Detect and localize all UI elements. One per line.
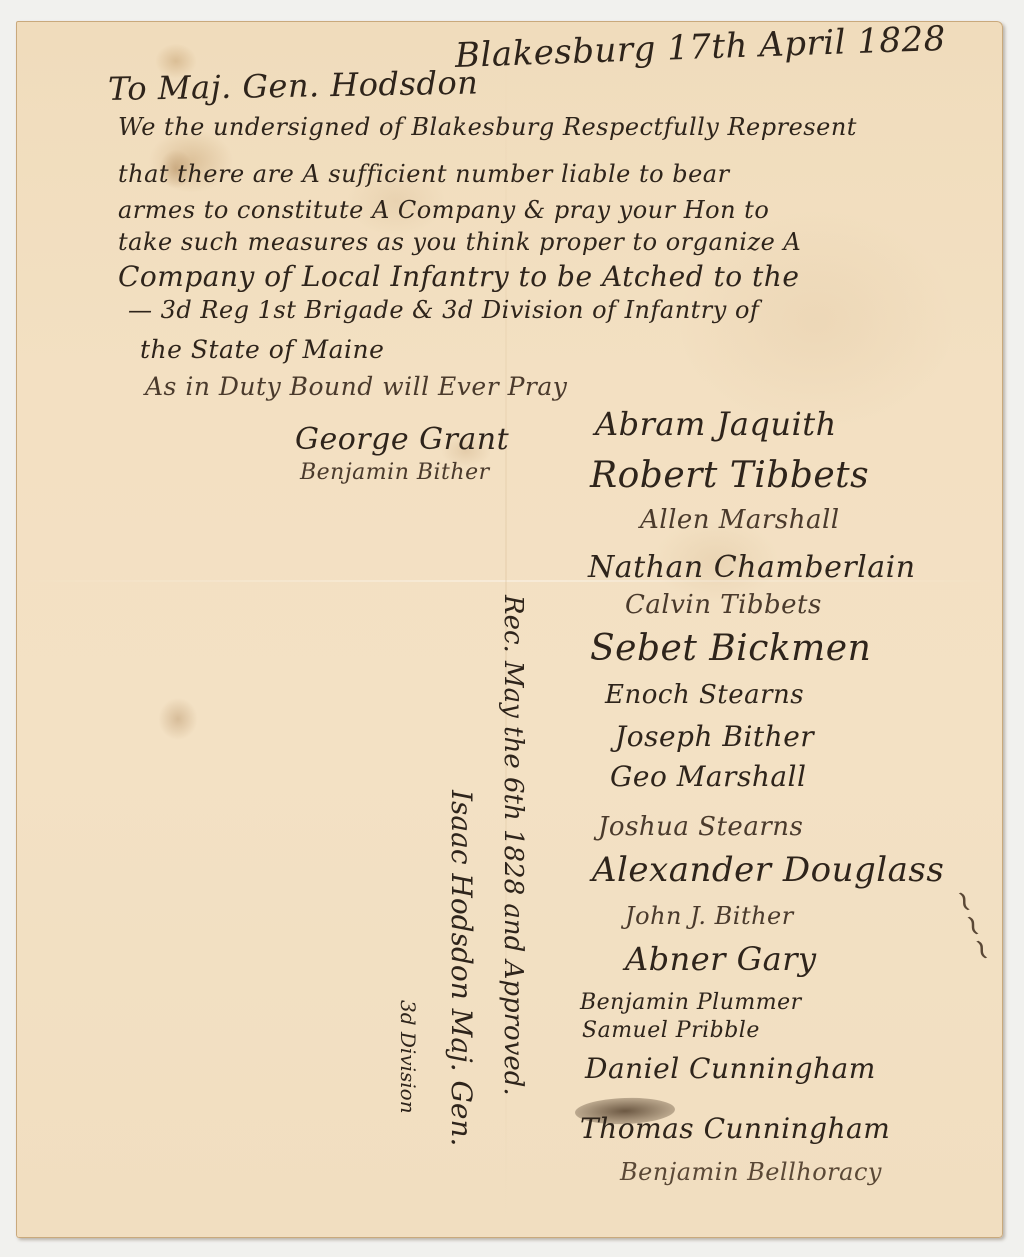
signature-benjamin-plummer: Benjamin Plummer xyxy=(580,990,802,1015)
body-line-8: As in Duty Bound will Ever Pray xyxy=(145,372,567,401)
signature-robert-tibbets: Robert Tibbets xyxy=(590,455,869,496)
body-line-7: the State of Maine xyxy=(140,335,384,364)
signature-alexander-douglass: Alexander Douglass xyxy=(592,850,944,890)
signature-nathan-chamberlain: Nathan Chamberlain xyxy=(588,550,916,585)
signature-abram-jaquith: Abram Jaquith xyxy=(595,405,837,443)
salutation: To Maj. Gen. Hodsdon xyxy=(108,64,479,108)
endorsement-signature: Isaac Hodsdon Maj. Gen. xyxy=(445,790,478,1146)
body-line-5: Company of Local Infantry to be Atched t… xyxy=(118,260,799,293)
signature-john-j-bither: John J. Bither xyxy=(625,902,794,930)
signature-george-grant: George Grant xyxy=(295,422,509,457)
signature-joseph-bither: Joseph Bither xyxy=(615,720,814,753)
body-line-3: armes to constitute A Company & pray you… xyxy=(118,196,769,224)
body-line-2: that there are A sufficient number liabl… xyxy=(118,160,730,188)
signature-allen-marshall: Allen Marshall xyxy=(640,505,840,535)
signature-geo-marshall: Geo Marshall xyxy=(610,760,806,793)
endorsement-division: 3d Division xyxy=(396,1000,420,1114)
body-line-6: — 3d Reg 1st Brigade & 3d Division of In… xyxy=(128,296,759,324)
signature-calvin-tibbets: Calvin Tibbets xyxy=(625,590,822,620)
body-line-4: take such measures as you think proper t… xyxy=(118,228,801,256)
signature-sebet-bickmen: Sebet Bickmen xyxy=(590,628,871,669)
signature-abner-gary: Abner Gary xyxy=(625,940,817,978)
signature-daniel-cunningham: Daniel Cunningham xyxy=(585,1052,876,1085)
signature-benjamin-bellhoracy: Benjamin Bellhoracy xyxy=(620,1158,882,1186)
signature-joshua-stearns: Joshua Stearns xyxy=(598,812,803,842)
signature-thomas-cunningham: Thomas Cunningham xyxy=(580,1112,890,1145)
body-line-1: We the undersigned of Blakesburg Respect… xyxy=(118,113,857,141)
signature-benjamin-bither: Benjamin Bither xyxy=(300,460,490,485)
signature-enoch-stearns: Enoch Stearns xyxy=(605,680,804,710)
signature-samuel-pribble: Samuel Pribble xyxy=(582,1018,760,1043)
endorsement-received-approved: Rec. May the 6th 1828 and Approved. xyxy=(498,595,528,1096)
